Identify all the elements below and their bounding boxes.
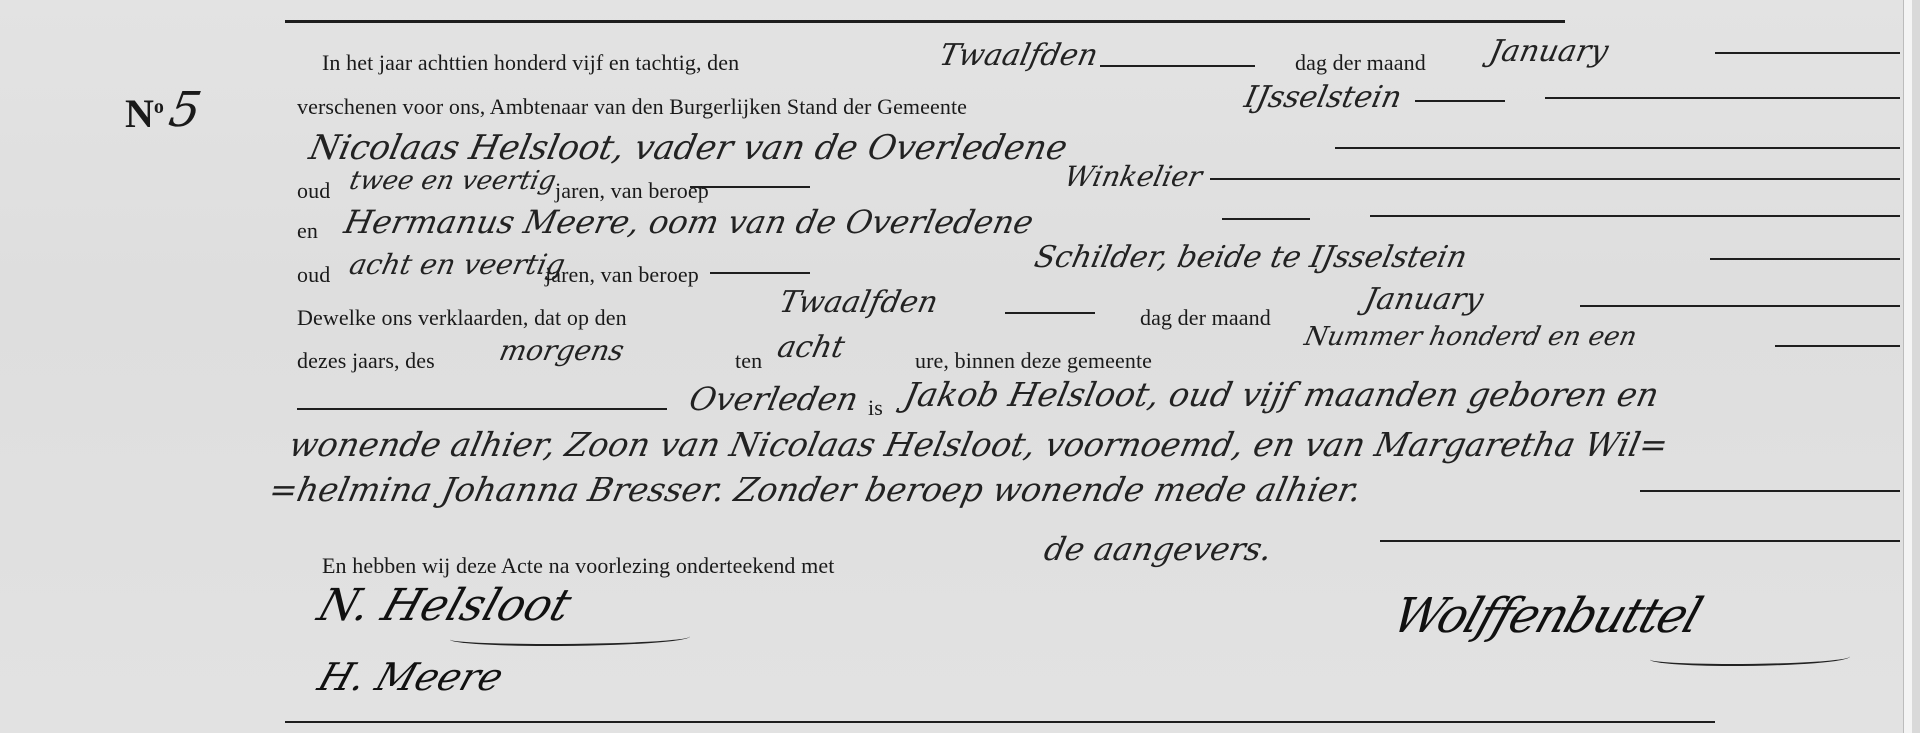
line3-informant1: Nicolaas Helsloot, vader van de Overlede… [306,128,1071,168]
signature-informant2: H. Meere [313,655,509,699]
page-edge [1903,0,1912,733]
line8-fill [1775,345,1900,347]
line8-printed-a: dezes jaars, des [297,348,435,374]
line5-informant2: Hermanus Meere, oom van de Overledene [341,203,1037,241]
line6-fill-c [1710,258,1900,260]
signature1-flourish [450,630,690,646]
line4-age: twee en veertig [347,166,559,196]
line7-printed-a: Dewelke ons verklaarden, dat op den [297,305,627,331]
line5-fill-a [1222,218,1310,220]
signature-informant1: N. Helsloot [312,580,578,631]
line12-signers: de aangevers. [1041,530,1276,568]
line7-fill-a [1005,312,1095,314]
line6-occupation: Schilder, beide te IJsselstein [1031,240,1470,275]
line9-deceased: Jakob Helsloot, oud vijf maanden geboren… [901,375,1663,414]
line4-printed-b: jaren, van beroep [555,178,709,204]
line7-month: January [1361,282,1486,317]
line2-fill-a [1415,100,1505,102]
record-number-label: No [125,90,164,137]
line2-printed: verschenen voor ons, Ambtenaar van den B… [297,94,967,120]
line8-printed-b: ten [735,348,762,374]
line6-printed-a: oud [297,262,330,288]
line2-place: IJsselstein [1241,80,1405,115]
line1-month: January [1486,34,1611,69]
top-rule [285,20,1565,23]
line4-fill-b [1210,178,1900,180]
line8-daypart: morgens [496,334,627,367]
line9-deceased-label: Overleden [686,380,862,418]
line1-day: Twaalfden [936,38,1101,73]
line8-address: Nummer honderd en een [1302,322,1640,352]
line11-fill [1640,490,1900,492]
line1-fill-b [1715,52,1900,54]
line4-printed-a: oud [297,178,330,204]
line8-printed-c: ure, binnen deze gemeente [915,348,1152,374]
line7-fill-b [1580,305,1900,307]
official-signature-flourish [1650,650,1850,666]
line1-fill-a [1100,65,1255,67]
signature-official: Wolffenbuttel [1386,588,1707,644]
line10-parents: wonende alhier, Zoon van Nicolaas Helslo… [286,425,1672,464]
line5-printed: en [297,218,318,244]
line2-fill-b [1545,97,1900,99]
line12-fill [1380,540,1900,542]
line3-fill [1335,147,1900,149]
record-number-value: 5 [165,82,205,138]
line7-day: Twaalfden [776,285,941,320]
civil-death-record-page: No 5 In het jaar achttien honderd vijf e… [0,0,1912,733]
line9-fill-a [297,408,667,410]
line1-printed-b: dag der maand [1295,50,1426,76]
line12-printed: En hebben wij deze Acte na voorlezing on… [322,553,834,579]
line9-printed: is [868,395,883,421]
line6-fill-b [710,272,810,274]
line1-printed-a: In het jaar achttien honderd vijf en tac… [322,50,739,76]
line8-hour: acht [774,330,848,365]
bottom-rule [285,721,1715,723]
line6-printed-b: jaren, van beroep [545,262,699,288]
line6-age: acht en veertig [346,248,568,281]
line11-mother: =helmina Johanna Bresser. Zonder beroep … [266,470,1365,509]
line4-occupation: Winkelier [1061,160,1205,193]
line5-fill-b [1370,215,1900,217]
line7-printed-b: dag der maand [1140,305,1271,331]
